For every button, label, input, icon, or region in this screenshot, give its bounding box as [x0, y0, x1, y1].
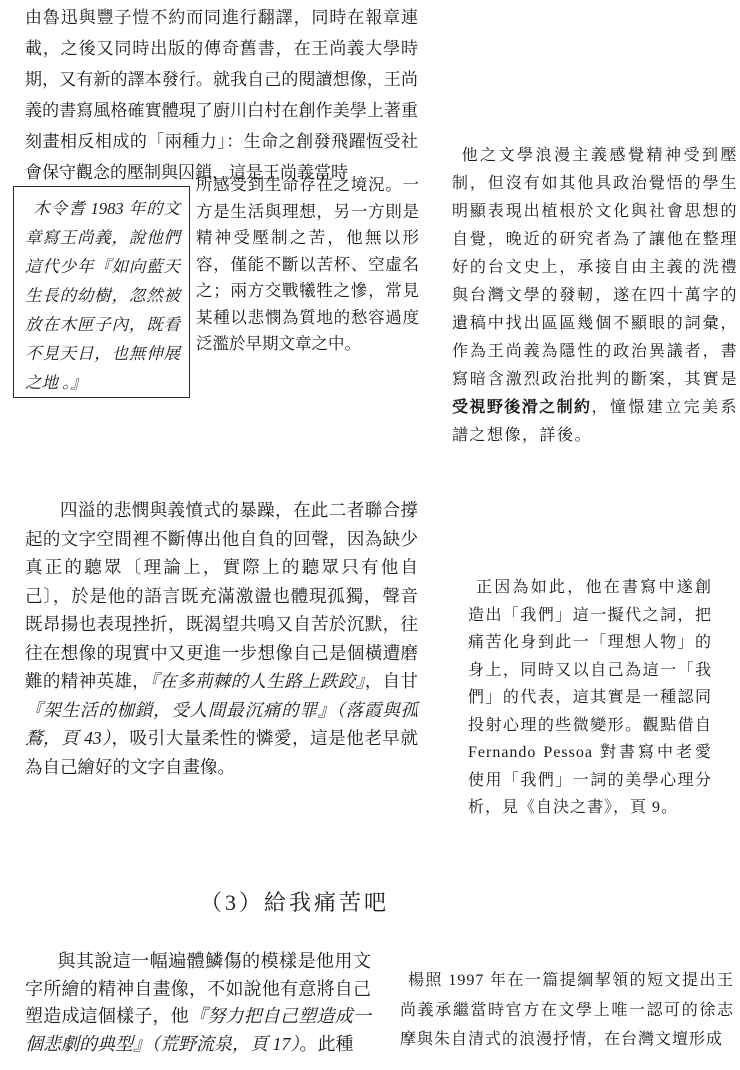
- text-run: ，自甘: [365, 671, 418, 691]
- paragraph-margin-note-2: 正因為如此，他在書寫中遂創造出「我們」這一擬代之詞，把痛苦化身到此一「理想人物」…: [468, 574, 712, 822]
- pull-quote-box: 木令耆 1983 年的文章寫王尚義，說他們這代少年『如向藍天生長的幼樹，忽然被放…: [13, 186, 190, 398]
- text-run: 。此種: [300, 1034, 354, 1054]
- scanned-document-page: 由魯迅與豐子愷不約而同進行翻譯，同時在報章連載，之後又同時出版的傳奇舊書，在王尚…: [0, 0, 740, 1070]
- text-run: 四溢的悲憫與義憤式的暴躁，在此二者聯合撐起的文字空間裡不斷傳出他自負的回聲，因為…: [25, 500, 418, 691]
- paragraph-main-bottom: 與其說這一幅遍體鱗傷的模樣是他用文字所繪的精神自畫像，不如說他有意將自己塑造成這…: [25, 948, 371, 1058]
- paragraph-margin-note-3: 楊照 1997 年在一篇提綱挈領的短文提出王尚義承繼當時官方在文學上唯一認可的徐…: [400, 966, 734, 1055]
- citation: （荒野流泉，頁 17）: [151, 1034, 300, 1054]
- paragraph-main-second: 四溢的悲憫與義憤式的暴躁，在此二者聯合撐起的文字空間裡不斷傳出他自負的回聲，因為…: [25, 496, 418, 781]
- paragraph-margin-note-1: 他之文學浪漫主義感覺精神受到壓制，但沒有如其他具政治覺悟的學生明顯表現出植根於文…: [452, 142, 738, 450]
- section-heading: （3）給我痛苦吧: [200, 886, 389, 917]
- text-run: 他之文學浪漫主義感覺精神受到壓制，但沒有如其他具政治覺悟的學生明顯表現出植根於文…: [452, 147, 738, 388]
- paragraph-main-top: 由魯迅與豐子愷不約而同進行翻譯，同時在報章連載，之後又同時出版的傳奇舊書，在王尚…: [25, 2, 418, 188]
- quoted-phrase: 『在多荊棘的人生路上跌跤』: [150, 671, 365, 691]
- emphasized-phrase: 受視野後滑之制約: [452, 399, 591, 416]
- pull-quote-text: 木令耆 1983 年的文章寫王尚義，說他們這代少年『如向藍天生長的幼樹，忽然被放…: [25, 199, 180, 392]
- paragraph-main-top-continuation: 所感受到生命存在之境況。一方是生活與理想，另一方則是精神受壓制之苦，他無以形容，…: [196, 172, 419, 358]
